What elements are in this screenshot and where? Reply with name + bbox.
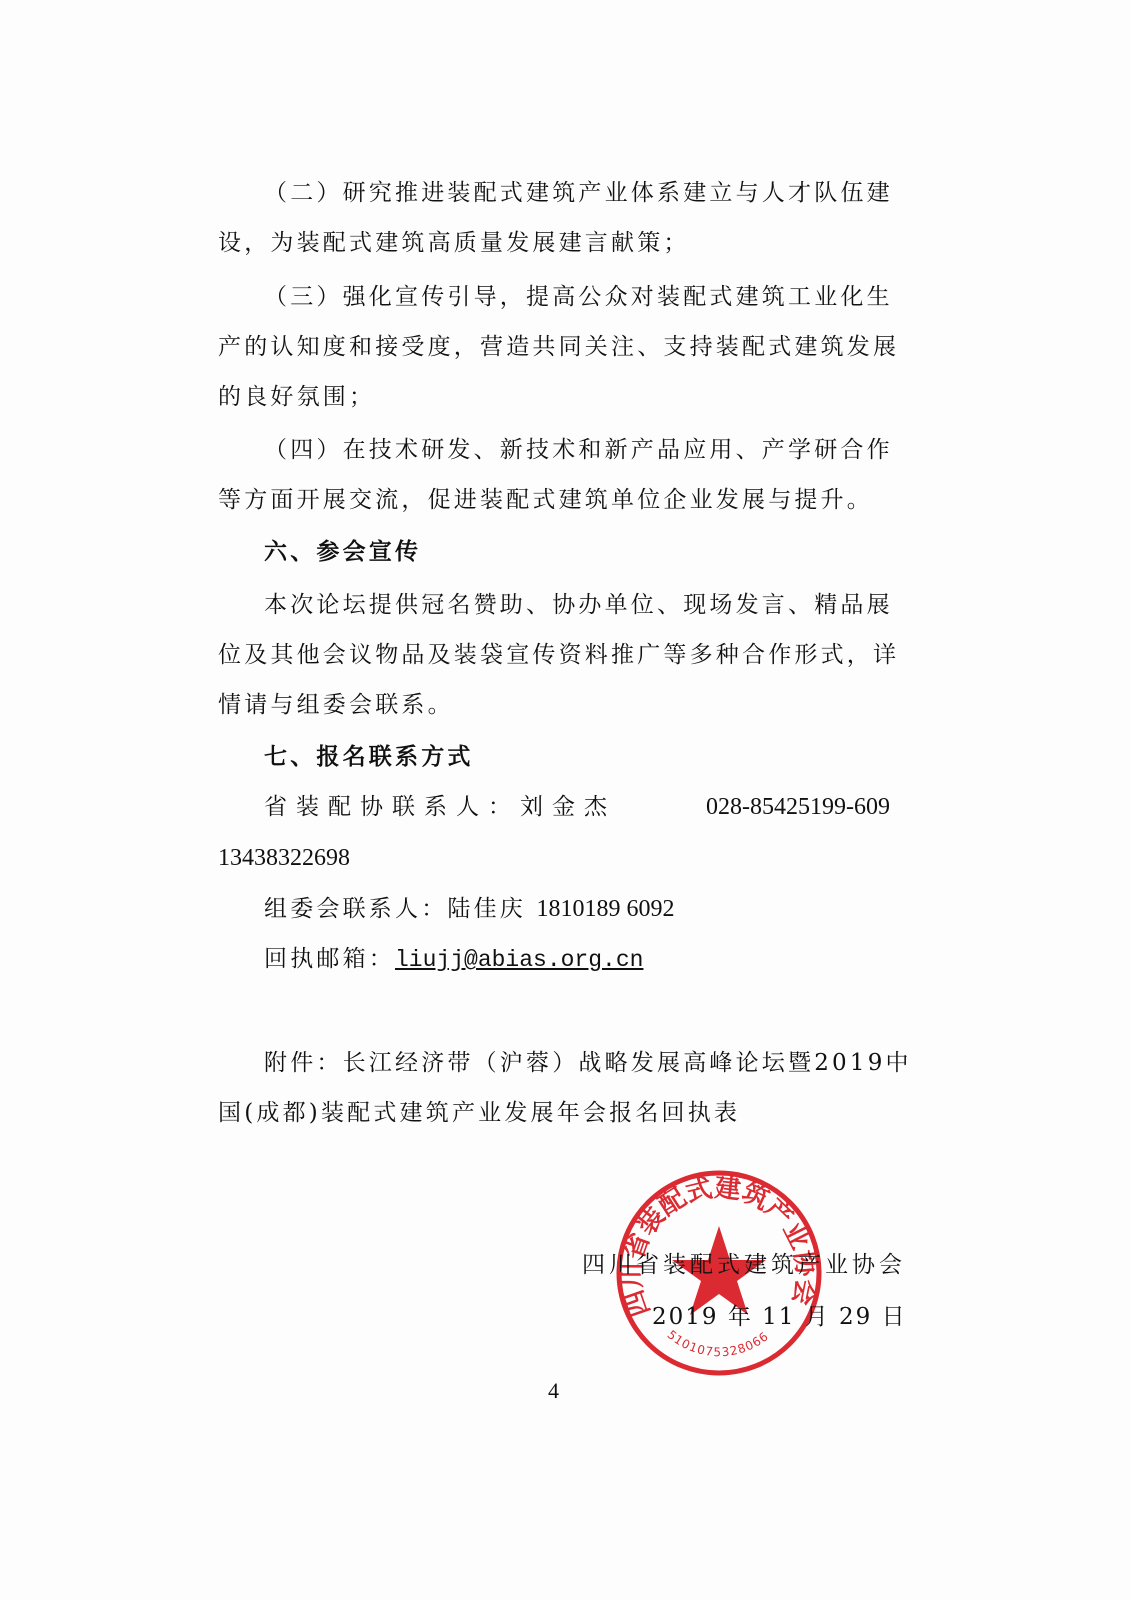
contact1-mobile: 13438322698 [218, 843, 890, 873]
item2-line1: （二）研究推进装配式建筑产业体系建立与人才队伍建 [264, 178, 890, 208]
contact2-phone: 1810189 6092 [537, 896, 675, 922]
page-number: 4 [548, 1378, 559, 1404]
signature-date: 2019 年 11 月 29 日 [652, 1302, 907, 1332]
item4-line2: 等方面开展交流，促进装配式建筑单位企业发展与提升。 [218, 485, 890, 515]
email-label: 回执邮箱： [264, 946, 395, 972]
contact2-label: 组委会联系人：陆佳庆 [264, 896, 526, 922]
signature-organization: 四川省装配式建筑产业协会 [582, 1250, 906, 1280]
section6-line1: 本次论坛提供冠名赞助、协办单位、现场发言、精品展 [264, 590, 890, 620]
attachment-line2: 国(成都)装配式建筑产业发展年会报名回执表 [218, 1098, 890, 1128]
section6-heading: 六、参会宣传 [264, 537, 890, 567]
attachment-line1: 附件：长江经济带（沪蓉）战略发展高峰论坛暨2019中 [264, 1048, 890, 1078]
stamp-code: 5101075328066 [665, 1327, 772, 1359]
document-page: （二）研究推进装配式建筑产业体系建立与人才队伍建 设，为装配式建筑高质量发展建言… [0, 0, 1131, 1600]
item3-line1: （三）强化宣传引导，提高公众对装配式建筑工业化生 [264, 282, 890, 312]
item3-line3: 的良好氛围； [218, 382, 890, 412]
email-link[interactable]: liujj@abias.org.cn [395, 947, 643, 973]
contact2: 组委会联系人：陆佳庆 1810189 6092 [264, 894, 675, 924]
email-row: 回执邮箱：liujj@abias.org.cn [264, 944, 643, 975]
svg-text:5101075328066: 5101075328066 [665, 1327, 772, 1359]
item2-line2: 设，为装配式建筑高质量发展建言献策； [218, 228, 890, 258]
item3-line2: 产的认知度和接受度，营造共同关注、支持装配式建筑发展 [218, 332, 890, 362]
section7-heading: 七、报名联系方式 [264, 742, 890, 772]
contact1-phone: 028-85425199-609 [680, 792, 890, 822]
section6-line3: 情请与组委会联系。 [218, 690, 890, 720]
section6-line2: 位及其他会议物品及装袋宣传资料推广等多种合作形式，详 [218, 640, 890, 670]
item4-line1: （四）在技术研发、新技术和新产品应用、产学研合作 [264, 435, 890, 465]
